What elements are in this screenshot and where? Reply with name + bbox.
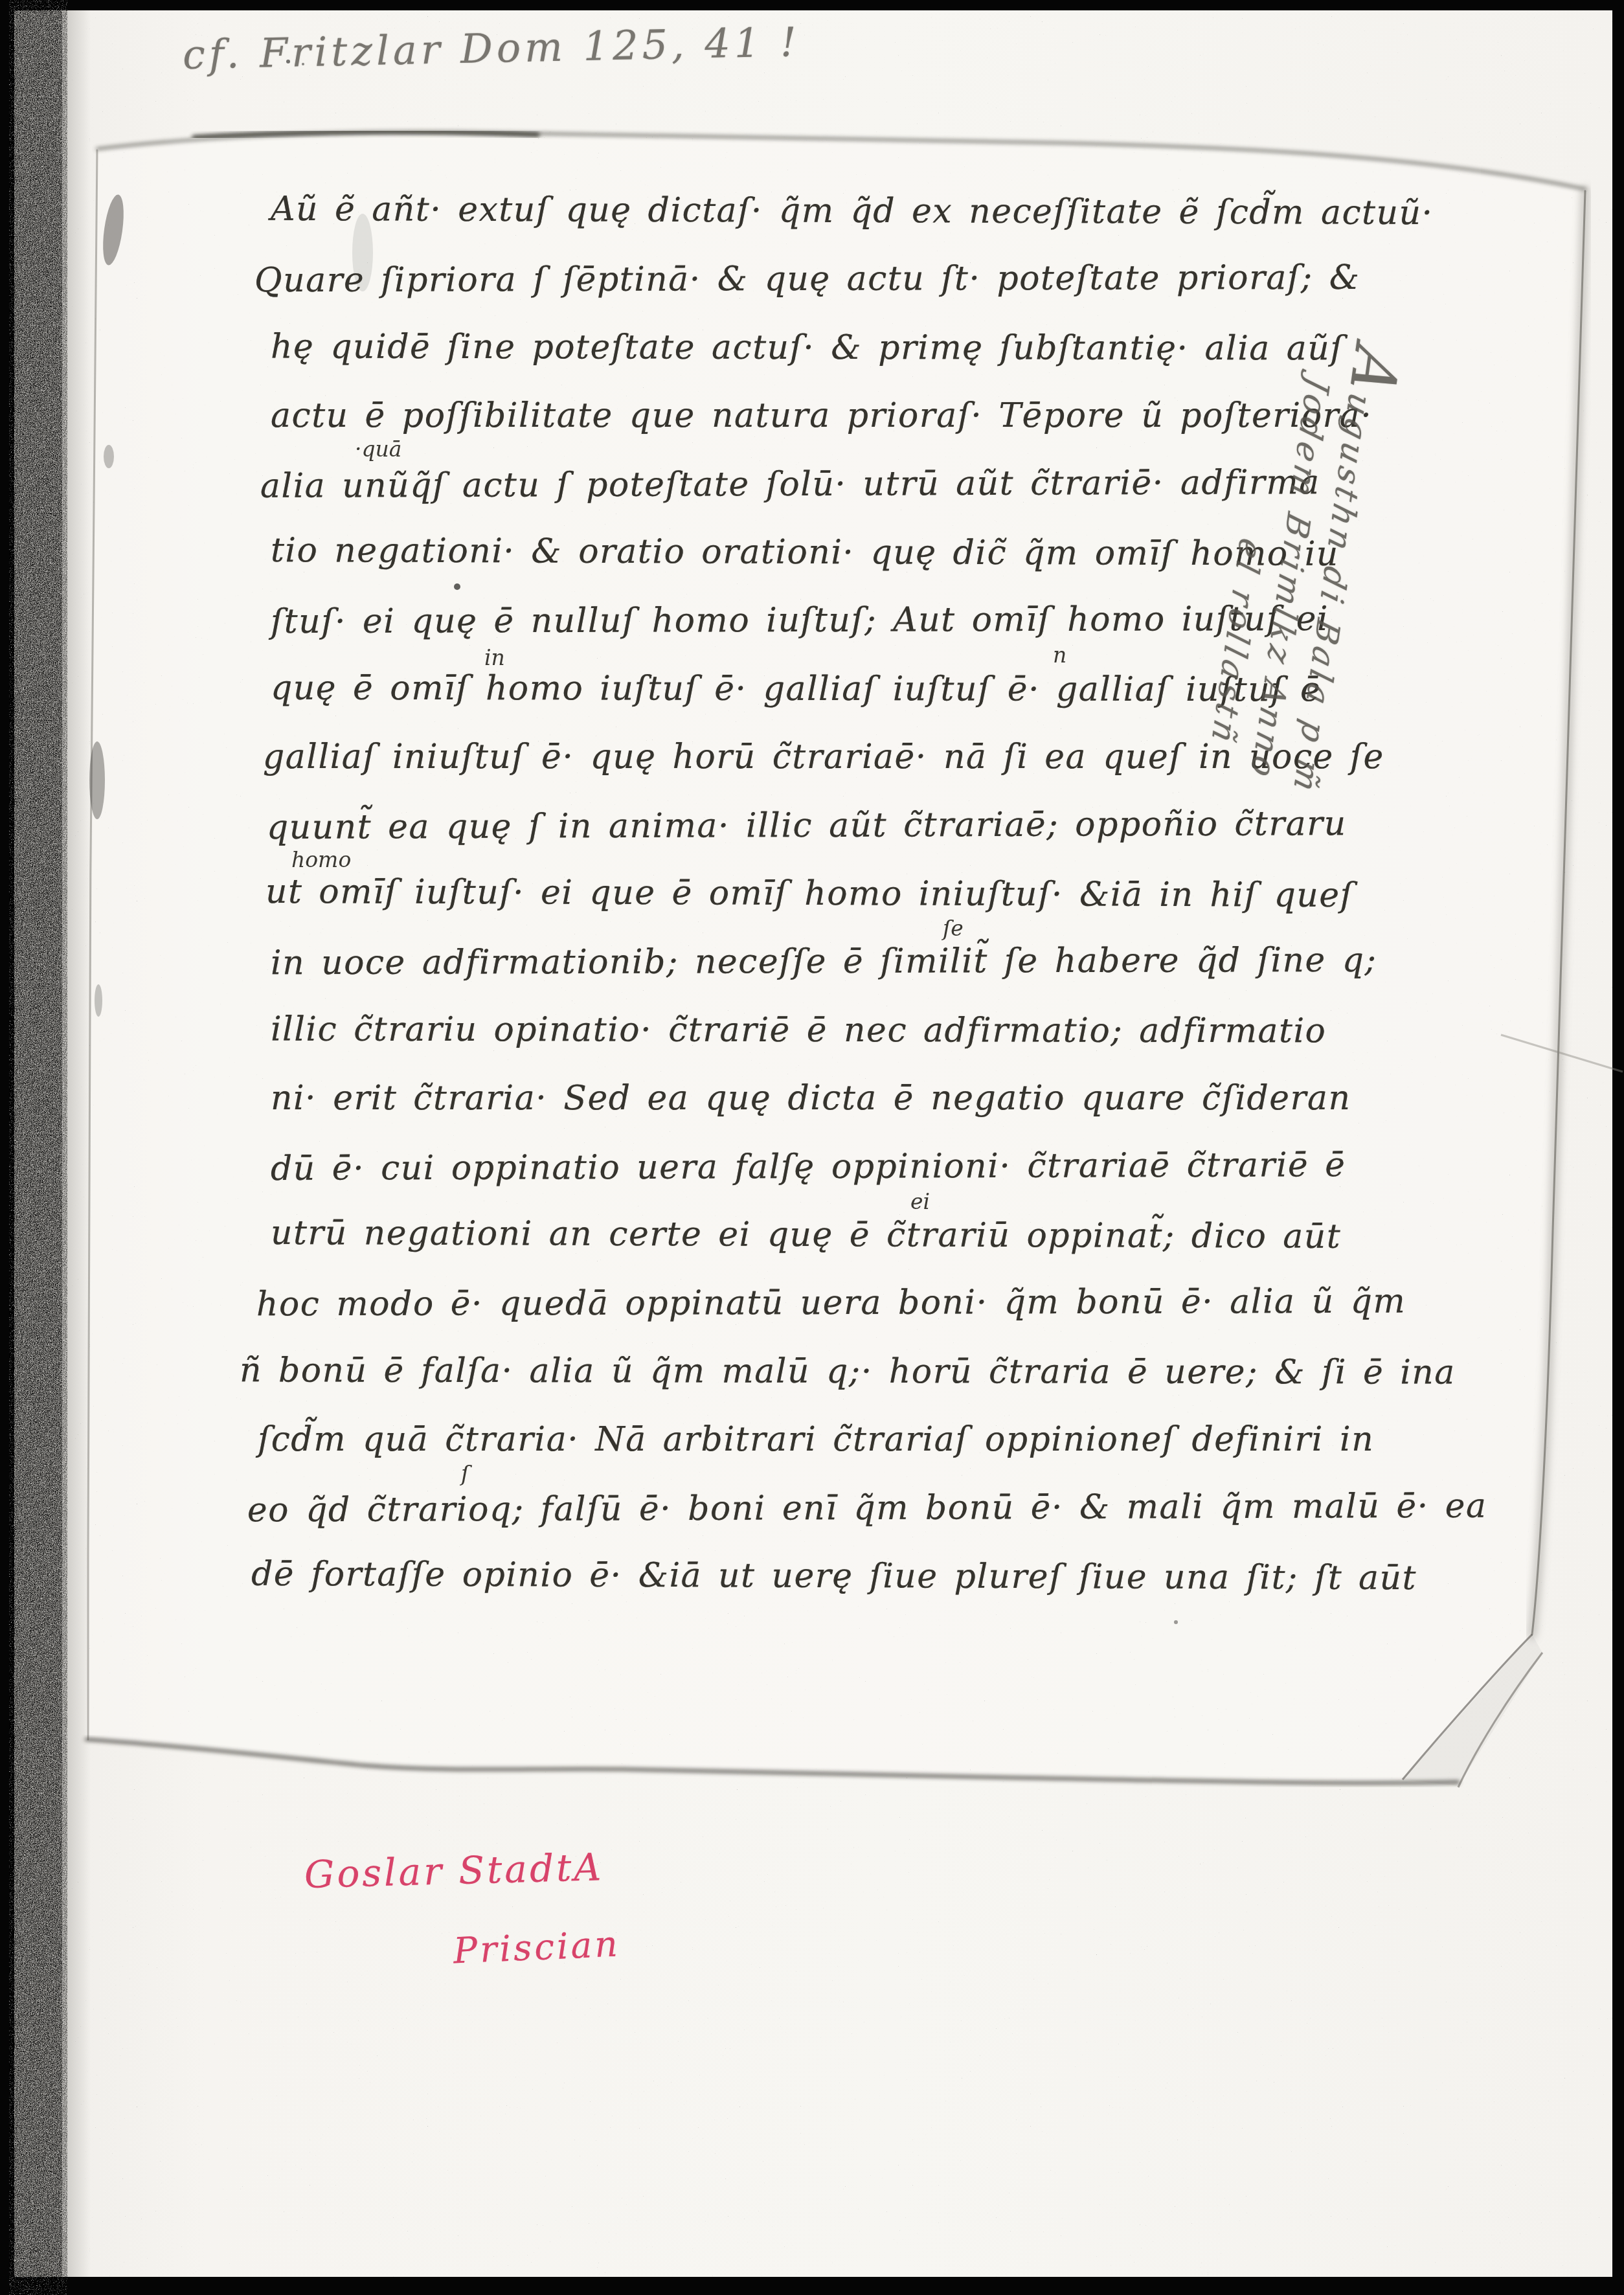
photocopy-scan: cf. Fritzlar Dom 125, 41 ! Aũ ẽ añt· ext… — [0, 0, 1624, 2295]
manuscript-line: Quare ſipriora ſ ſēptinā· & quę actu ſt·… — [254, 258, 1360, 300]
archive-note-priscian: Priscian — [453, 1923, 621, 1971]
manuscript-line: ſcd̃m quā c̃traria· Nā arbitrari c̃trari… — [258, 1420, 1374, 1459]
manuscript-line: ñ bonū ē falſa· alia ũ q̃m malū q;· horū… — [240, 1351, 1456, 1392]
manuscript-line: ſtuſ· ei quę ē nulluſ homo iuſtuſ; Aut o… — [271, 600, 1329, 641]
manuscript-line: quę ē omīſ homo iuſtuſ ē· galliaſ iuſtuſ… — [271, 669, 1321, 710]
manuscript-line: Aũ ẽ añt· extuſ quę dictaſ· q̃m q̃d ex n… — [271, 190, 1434, 232]
manuscript-line: dē fortaſſe opinio ē· &iā ut uerę ſiue p… — [251, 1555, 1417, 1598]
interlinear-word: ſ — [461, 1461, 469, 1486]
interlinear-word: homo — [291, 847, 351, 872]
manuscript-line: ni· erit c̃traria· Sed ea quę dicta ē ne… — [271, 1079, 1351, 1118]
manuscript-line: quunt̃ ea quę ſ in anima· illic aũt c̃tr… — [267, 804, 1347, 847]
archive-note-goslar: Goslar StadtA — [304, 1845, 604, 1897]
interlinear-word: ei — [910, 1189, 930, 1214]
manuscript-line: utrū negationi an certe ei quę ē c̃trari… — [271, 1214, 1341, 1256]
manuscript-line: tio negationi· & oratio orationi· quę di… — [271, 531, 1339, 574]
manuscript-line: dū ē· cui oppinatio uera falſę oppinioni… — [271, 1146, 1346, 1188]
manuscript-line: actu ē poſſibilitate que natura prioraſ·… — [271, 396, 1372, 435]
interlinear-word: n — [1053, 642, 1066, 668]
pencil-annotation: cf. Fritzlar Dom 125, 41 ! — [182, 18, 800, 78]
interlinear-word: ſe — [943, 916, 964, 941]
text-layer: cf. Fritzlar Dom 125, 41 ! Aũ ẽ añt· ext… — [0, 0, 1624, 2295]
manuscript-line: alia unũq̃ſ actu ſ poteſtate ſolū· utrū … — [260, 463, 1320, 506]
interlinear-word: ·quā — [355, 436, 402, 462]
interlinear-word: in — [484, 645, 505, 670]
manuscript-line: eo q̃d c̃trarioq; falſū ē· boni enī q̃m … — [247, 1487, 1487, 1530]
manuscript-line: hę quidē ſine poteſtate actuſ· & primę ſ… — [271, 328, 1344, 368]
manuscript-line: hoc modo ē· quedā oppinatū uera boni· q̃… — [256, 1282, 1406, 1324]
